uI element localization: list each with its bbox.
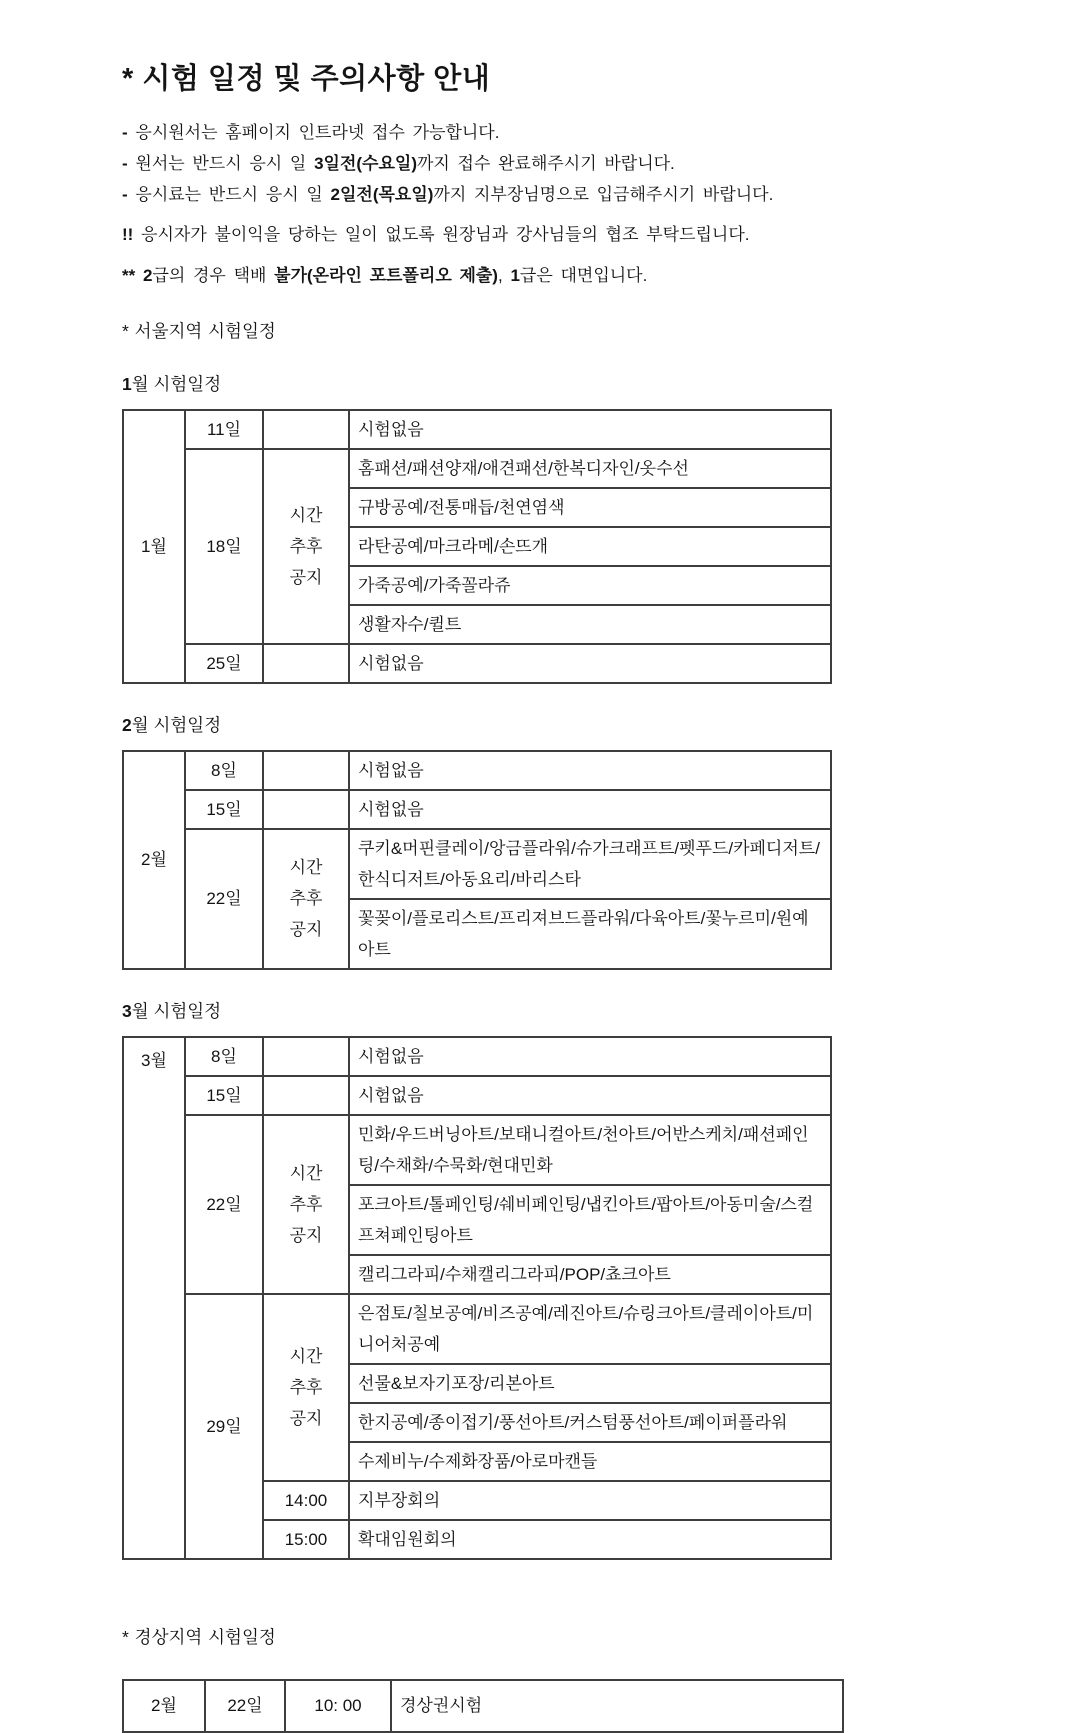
note-text: 급의 경우 택배 xyxy=(152,266,274,285)
table-row: 2월22일10: 00경상권시험 xyxy=(123,1680,843,1732)
time-cell xyxy=(263,410,349,449)
month-schedule-block: 3월 시험일정3월8일시험없음15일시험없음22일시간 추후 공지민화/우드버닝… xyxy=(122,998,970,1560)
month-header-text: 월 시험일정 xyxy=(132,1001,221,1021)
subject-cell: 선물&보자기포장/리본아트 xyxy=(349,1364,831,1403)
month-schedule-block: 2월 시험일정2월8일시험없음15일시험없음22일시간 추후 공지쿠키&머핀클레… xyxy=(122,712,970,970)
table-row: 3월8일시험없음 xyxy=(123,1037,831,1076)
day-cell: 29일 xyxy=(185,1294,263,1559)
subject-cell: 생활자수/퀼트 xyxy=(349,605,831,644)
time-cell: 시간 추후 공지 xyxy=(263,1115,349,1294)
subject-cell: 지부장회의 xyxy=(349,1481,831,1520)
notes-section: - 응시원서는 홈페이지 인트라넷 접수 가능합니다.- 원서는 반드시 응시 … xyxy=(122,121,970,288)
subject-cell: 한지공예/종이접기/풍선아트/커스텀풍선아트/페이퍼플라워 xyxy=(349,1403,831,1442)
table-row: 18일시간 추후 공지홈패션/패션양재/애견패션/한복디자인/옷수선 xyxy=(123,449,831,488)
subject-cell: 시험없음 xyxy=(349,410,831,449)
schedule-table: 2월22일10: 00경상권시험 xyxy=(122,1679,844,1733)
time-cell: 시간 추후 공지 xyxy=(263,1294,349,1481)
note-text: , xyxy=(498,266,510,285)
day-cell: 22일 xyxy=(205,1680,285,1732)
subject-cell: 홈패션/패션양재/애견패션/한복디자인/옷수선 xyxy=(349,449,831,488)
subject-cell: 시험없음 xyxy=(349,751,831,790)
time-cell xyxy=(263,1076,349,1115)
table-row: 15일시험없음 xyxy=(123,1076,831,1115)
subject-cell: 확대임원회의 xyxy=(349,1520,831,1559)
month-header-text: 1 xyxy=(122,374,132,394)
note-line: - 응시료는 반드시 응시 일 2일전(목요일)까지 지부장님명으로 입금해주시… xyxy=(122,183,970,207)
time-cell: 시간 추후 공지 xyxy=(263,449,349,644)
subject-cell: 민화/우드버닝아트/보태니컬아트/천아트/어반스케치/패션페인팅/수채화/수묵화… xyxy=(349,1115,831,1185)
monthly-schedules: 1월 시험일정1월11일시험없음18일시간 추후 공지홈패션/패션양재/애견패션… xyxy=(122,371,970,1560)
time-cell xyxy=(263,790,349,829)
table-row: 22일시간 추후 공지쿠키&머핀클레이/앙금플라워/슈가크래프트/펫푸드/카페디… xyxy=(123,829,831,899)
schedule-table: 1월11일시험없음18일시간 추후 공지홈패션/패션양재/애견패션/한복디자인/… xyxy=(122,409,832,684)
subject-cell: 규방공예/전통매듭/천연염색 xyxy=(349,488,831,527)
day-cell: 15일 xyxy=(185,790,263,829)
time-cell: 15:00 xyxy=(263,1520,349,1559)
day-cell: 8일 xyxy=(185,1037,263,1076)
seoul-section-label: * 서울지역 시험일정 xyxy=(122,318,970,343)
time-cell xyxy=(263,644,349,683)
time-cell: 14:00 xyxy=(263,1481,349,1520)
month-cell: 1월 xyxy=(123,410,185,683)
month-header-text: 2 xyxy=(122,715,132,735)
note-line: ** 2급의 경우 택배 불가(온라인 포트폴리오 제출), 1급은 대면입니다… xyxy=(122,264,970,288)
time-cell xyxy=(263,1037,349,1076)
subject-cell: 쿠키&머핀클레이/앙금플라워/슈가크래프트/펫푸드/카페디저트/한식디저트/아동… xyxy=(349,829,831,899)
month-schedule-header: 3월 시험일정 xyxy=(122,998,970,1023)
note-line: !! 응시자가 불이익을 당하는 일이 없도록 원장님과 강사님들의 협조 부탁… xyxy=(122,223,970,247)
month-header-text: 월 시험일정 xyxy=(132,715,221,735)
subject-cell: 시험없음 xyxy=(349,644,831,683)
month-cell: 2월 xyxy=(123,751,185,969)
subject-cell: 캘리그라피/수채캘리그라피/POP/쵸크아트 xyxy=(349,1255,831,1294)
month-header-text: 월 시험일정 xyxy=(132,374,221,394)
note-text: - xyxy=(122,123,135,142)
day-cell: 8일 xyxy=(185,751,263,790)
time-cell xyxy=(263,751,349,790)
day-cell: 18일 xyxy=(185,449,263,644)
subject-cell: 시험없음 xyxy=(349,1076,831,1115)
day-cell: 22일 xyxy=(185,829,263,969)
time-cell: 10: 00 xyxy=(285,1680,391,1732)
schedule-table: 3월8일시험없음15일시험없음22일시간 추후 공지민화/우드버닝아트/보태니컬… xyxy=(122,1036,832,1560)
page-title: * 시험 일정 및 주의사항 안내 xyxy=(122,56,970,97)
note-text: 3일전(수요일) xyxy=(314,154,417,173)
note-line: - 응시원서는 홈페이지 인트라넷 접수 가능합니다. xyxy=(122,121,970,145)
subject-cell: 시험없음 xyxy=(349,790,831,829)
month-cell: 3월 xyxy=(123,1037,185,1559)
table-row: 22일시간 추후 공지민화/우드버닝아트/보태니컬아트/천아트/어반스케치/패션… xyxy=(123,1115,831,1185)
note-text: ** xyxy=(122,266,143,285)
note-text: 원서는 반드시 응시 일 xyxy=(135,154,314,173)
subject-cell: 은점토/칠보공예/비즈공예/레진아트/슈링크아트/클레이아트/미니어처공예 xyxy=(349,1294,831,1364)
subject-cell: 라탄공예/마크라메/손뜨개 xyxy=(349,527,831,566)
note-text: 급은 대면입니다. xyxy=(520,266,647,285)
month-cell: 2월 xyxy=(123,1680,205,1732)
day-cell: 22일 xyxy=(185,1115,263,1294)
time-cell: 시간 추후 공지 xyxy=(263,829,349,969)
note-text: 까지 지부장님명으로 입금해주시기 바랍니다. xyxy=(433,185,773,204)
subject-cell: 꽃꽂이/플로리스트/프리져브드플라워/다육아트/꽃누르미/원예아트 xyxy=(349,899,831,969)
table-row: 29일시간 추후 공지은점토/칠보공예/비즈공예/레진아트/슈링크아트/클레이아… xyxy=(123,1294,831,1364)
day-cell: 15일 xyxy=(185,1076,263,1115)
day-cell: 25일 xyxy=(185,644,263,683)
subject-cell: 포크아트/톨페인팅/쉐비페인팅/냅킨아트/팝아트/아동미술/스컬프쳐페인팅아트 xyxy=(349,1185,831,1255)
note-text: - xyxy=(122,185,135,204)
note-text: !! xyxy=(122,225,141,244)
subject-cell: 시험없음 xyxy=(349,1037,831,1076)
table-row: 15일시험없음 xyxy=(123,790,831,829)
note-text: 까지 접수 완료해주시기 바랍니다. xyxy=(417,154,675,173)
note-line: - 원서는 반드시 응시 일 3일전(수요일)까지 접수 완료해주시기 바랍니다… xyxy=(122,152,970,176)
note-text: 2일전(목요일) xyxy=(331,185,434,204)
month-header-text: 3 xyxy=(122,1001,132,1021)
gyeongsang-section-label: * 경상지역 시험일정 xyxy=(122,1624,970,1649)
month-schedule-header: 1월 시험일정 xyxy=(122,371,970,396)
schedule-table: 2월8일시험없음15일시험없음22일시간 추후 공지쿠키&머핀클레이/앙금플라워… xyxy=(122,750,832,970)
note-text: 응시원서는 홈페이지 인트라넷 접수 가능합니다. xyxy=(135,123,499,142)
table-row: 2월8일시험없음 xyxy=(123,751,831,790)
note-text: 불가(온라인 포트폴리오 제출) xyxy=(274,266,498,285)
gyeongsang-schedule: 2월22일10: 00경상권시험 xyxy=(122,1679,970,1733)
document-page: * 시험 일정 및 주의사항 안내 - 응시원서는 홈페이지 인트라넷 접수 가… xyxy=(0,0,1080,1733)
subject-cell: 경상권시험 xyxy=(391,1680,843,1732)
note-text: 응시자가 불이익을 당하는 일이 없도록 원장님과 강사님들의 협조 부탁드립니… xyxy=(141,225,749,244)
month-schedule-header: 2월 시험일정 xyxy=(122,712,970,737)
note-text: - xyxy=(122,154,135,173)
note-text: 응시료는 반드시 응시 일 xyxy=(135,185,330,204)
day-cell: 11일 xyxy=(185,410,263,449)
table-row: 25일시험없음 xyxy=(123,644,831,683)
month-schedule-block: 1월 시험일정1월11일시험없음18일시간 추후 공지홈패션/패션양재/애견패션… xyxy=(122,371,970,684)
subject-cell: 수제비누/수제화장품/아로마캔들 xyxy=(349,1442,831,1481)
subject-cell: 가죽공예/가죽꼴라쥬 xyxy=(349,566,831,605)
note-text: 1 xyxy=(510,266,519,285)
table-row: 1월11일시험없음 xyxy=(123,410,831,449)
